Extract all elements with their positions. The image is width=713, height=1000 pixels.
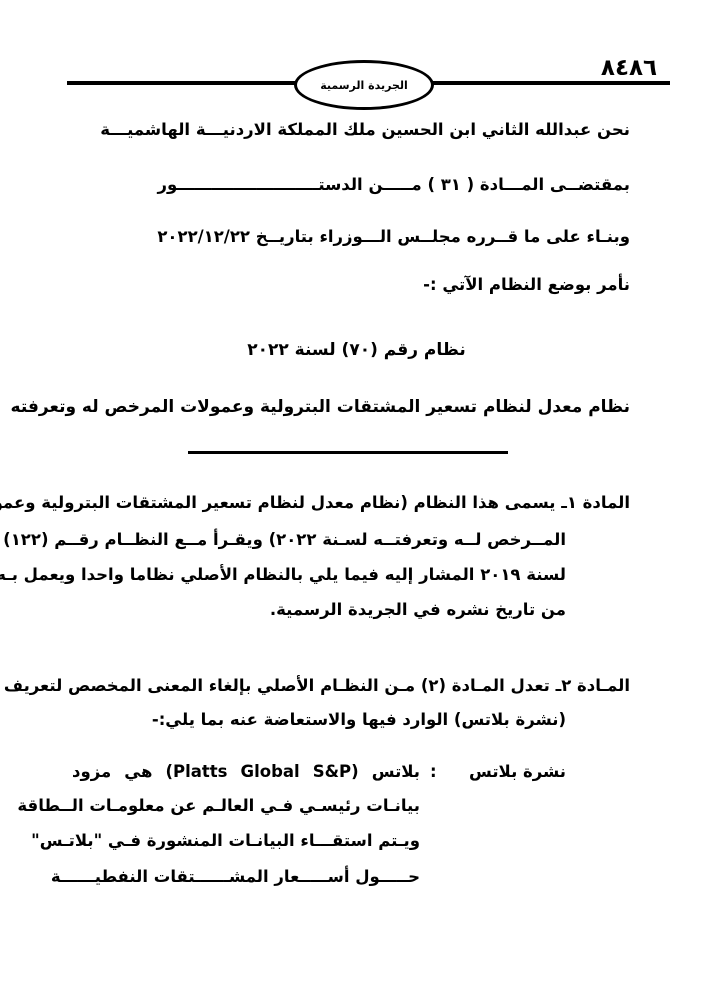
page-number: ٨٤٨٦ — [584, 55, 674, 81]
article-1-line-1-text: المادة ١ـ يسمى هذا النظام (نظام معدل لنظ… — [67, 491, 630, 515]
definition-line-4-text: حـــــول أســـــعار المشــــــتقات النفط… — [72, 865, 420, 889]
article-2-line-1-text: المـادة ٢ـ تعدل المـادة (٢) مـن النظـام … — [67, 674, 630, 698]
preamble-line-2: بمقتضــى المـــادة ( ٣١ ) مـــــن الدستـ… — [182, 173, 630, 197]
definition-line-3-text: ويـتم استقـــاء البيانـات المنشورة فـي "… — [72, 829, 420, 853]
article-1-line-3-text: لسنة ٢٠١٩ المشار إليه فيما يلي بالنظام ا… — [67, 563, 566, 587]
definition-line-1: بلاتس (Platts Global S&P) هي مزود — [72, 760, 420, 784]
definition-term: نشرة بلاتس — [469, 760, 566, 784]
definition-line-2-text: بيانـات رئيسـي فـي العالـم عن معلومـات ا… — [72, 794, 420, 818]
article-1-line-2: المــرخص لــه وتعرفتــه لسـنة ٢٠٢٢) ويقـ… — [67, 528, 566, 552]
article-2-line-1: المـادة ٢ـ تعدل المـادة (٢) مـن النظـام … — [67, 674, 630, 698]
preamble-line-3: وبنـاء على ما قــرره مجلــس الـــوزراء ب… — [182, 225, 630, 249]
preamble-line-4: نأمر بوضع النظام الآتي :- — [423, 273, 630, 297]
article-1-line-1: المادة ١ـ يسمى هذا النظام (نظام معدل لنظ… — [67, 491, 630, 515]
definition-line-2: بيانـات رئيسـي فـي العالـم عن معلومـات ا… — [72, 794, 420, 818]
regulation-number: نظام رقم (٧٠) لسنة ٢٠٢٢ — [0, 338, 713, 362]
definition-separator: : — [430, 760, 437, 784]
article-1-line-2-text: المــرخص لــه وتعرفتــه لسـنة ٢٠٢٢) ويقـ… — [67, 528, 566, 552]
gazette-badge: الجريدة الرسمية — [294, 60, 434, 110]
preamble-line-1: نحن عبدالله الثاني ابن الحسين ملك المملك… — [182, 118, 630, 142]
article-1-line-3: لسنة ٢٠١٩ المشار إليه فيما يلي بالنظام ا… — [67, 563, 566, 587]
title-divider — [188, 451, 508, 454]
definition-line-3: ويـتم استقـــاء البيانـات المنشورة فـي "… — [72, 829, 420, 853]
definition-line-1-text: بلاتس (Platts Global S&P) هي مزود — [72, 760, 420, 784]
preamble-line-2-text: بمقتضــى المـــادة ( ٣١ ) مـــــن الدستـ… — [182, 173, 630, 197]
regulation-name-text: نظام معدل لنظام تسعير المشتقات البترولية… — [95, 395, 630, 419]
preamble-line-3-text: وبنـاء على ما قــرره مجلــس الـــوزراء ب… — [182, 225, 630, 249]
regulation-name: نظام معدل لنظام تسعير المشتقات البترولية… — [95, 395, 630, 419]
article-1-line-4: من تاريخ نشره في الجريدة الرسمية. — [270, 598, 566, 622]
preamble-line-1-text: نحن عبدالله الثاني ابن الحسين ملك المملك… — [182, 118, 630, 142]
article-2-line-2: (نشرة بلاتس) الوارد فيها والاستعاضة عنه … — [152, 708, 566, 732]
gazette-badge-label: الجريدة الرسمية — [320, 79, 408, 92]
definition-line-4: حـــــول أســـــعار المشــــــتقات النفط… — [72, 865, 420, 889]
